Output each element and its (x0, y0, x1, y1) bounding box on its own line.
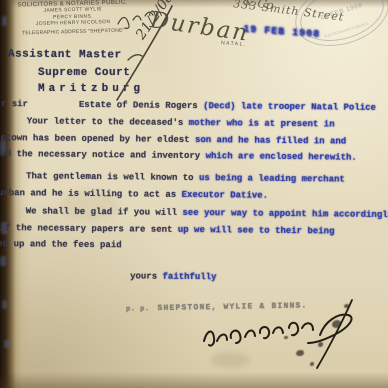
body-smudged-text: son and he has filled in and (195, 135, 346, 147)
pp-label: p. p. (126, 305, 150, 313)
closing-smudged-text: faithfully (162, 272, 216, 283)
body-line: etown has been opened by her eldest son … (1, 133, 347, 147)
signature-block: p. p.SHEPSTONE, WYLIE & BINNS. (126, 301, 308, 313)
ink-blot (296, 350, 304, 356)
recipient-title: Assistant Master (8, 49, 122, 62)
paper-stain (210, 352, 250, 368)
ink-blot (284, 336, 288, 339)
salutation: r sir (1, 99, 28, 109)
ink-blot (318, 342, 323, 347)
spine-ghost-mark (4, 340, 10, 348)
body-text: if the necessary papers are sent (0, 223, 178, 235)
body-line: if the necessary papers are sent up we w… (0, 223, 335, 237)
letterhead: SOLICITORS & NOTARIES PUBLIC. JAMES SCOT… (14, 0, 133, 36)
body-line: That gentleman is well known to us being… (26, 171, 345, 184)
signature-flourish (308, 315, 352, 343)
body-line: ed the necessary notice and inventory wh… (0, 149, 357, 163)
body-line: Your letter to the deceased's mother who… (27, 116, 335, 129)
firm-stamp: SHEPSTONE, WYLIE & BINNS. (149, 301, 307, 313)
body-smudged-text: us being a leading merchant (199, 173, 345, 185)
body-text: ed up and the fees paid (0, 239, 122, 250)
body-text: ed the necessary notice and inventory (0, 149, 205, 161)
pen-check-stroke (128, 55, 142, 60)
province-label: NATAL. (221, 40, 247, 48)
ink-blot (332, 320, 341, 328)
page-bottom-shadow (0, 372, 388, 388)
body-text: That gentleman is well known to (26, 171, 199, 183)
closing: yours faithfully (130, 271, 217, 282)
recipient-court: Supreme Court (38, 67, 130, 79)
signature-tail-stroke (317, 300, 352, 368)
subject-text: Estate of Denis Rogers (79, 100, 203, 111)
body-smudged-text: Executor Dative. (182, 190, 269, 201)
body-line: urban and he is willing to act as Execut… (0, 188, 268, 201)
body-text: Your letter to the deceased's (27, 116, 189, 128)
recipient-city: Maritzburg (38, 83, 144, 95)
subject-line: Estate of Denis Rogers (Decd) late troop… (79, 100, 376, 113)
telegraphic-address: TELEGRAPHIC ADDRESS "SHEPSTONE" (14, 27, 132, 36)
closing-text: yours (130, 271, 163, 281)
ink-blot (344, 304, 349, 308)
body-smudged-text: up we will see to their being (178, 225, 335, 237)
body-smudged-text: which are enclosed herewith. (206, 151, 357, 163)
body-text: We shall be glad if you will (26, 206, 183, 218)
body-smudged-text: mother who is at present in (189, 118, 335, 130)
body-line: ed up and the fees paid (0, 239, 122, 250)
spine-ghost-mark (0, 256, 6, 266)
spine-ghost-mark (2, 16, 7, 26)
body-text: urban and he is willing to act as (0, 188, 182, 200)
ink-blot (310, 362, 314, 366)
signature (204, 323, 313, 346)
masters-office-stamp: MASTER 20 FEB 1908 PIETERMARITZBURG (287, 0, 388, 57)
letter-photograph: { "letterhead": { "solicitors_line": "SO… (0, 0, 388, 388)
body-smudged-text: see your way to appoint him accordingly (182, 208, 388, 220)
body-text: etown has been opened by her eldest (1, 133, 196, 145)
subject-smudged-text: (Decd) late trooper Natal Police (203, 101, 376, 113)
spine-ghost-mark (2, 300, 7, 309)
